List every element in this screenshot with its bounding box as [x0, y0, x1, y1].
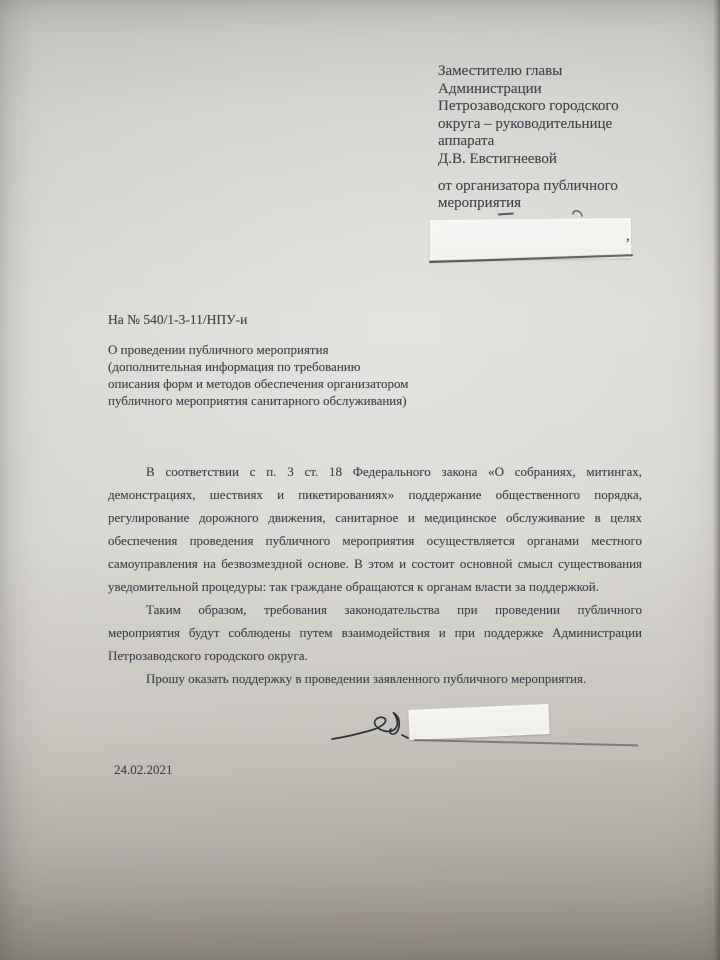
redaction-box-signature	[408, 704, 549, 740]
recipient-line: Администрации	[438, 81, 688, 99]
body-paragraph: В соответствии с п. 3 ст. 18 Федеральног…	[108, 460, 642, 598]
sender-line: от организатора публичного	[438, 178, 688, 196]
body-line: обеспечения проведения публичного меропр…	[108, 529, 642, 552]
body-line: демонстрациях, шествиях и пикетированиях…	[108, 483, 642, 506]
covered-text-remnant-dash	[498, 212, 514, 215]
body-line: мероприятия будут соблюдены путем взаимо…	[108, 621, 642, 644]
subject-block: О проведении публичного мероприятия (доп…	[108, 341, 409, 409]
date: 24.02.2021	[114, 762, 173, 778]
subject-line: описания форм и методов обеспечения орга…	[108, 375, 409, 392]
recipient-line: Петрозаводского городского	[438, 98, 688, 116]
body-line: Таким образом, требования законодательст…	[108, 598, 642, 621]
body-line: регулирование дорожного движения, санита…	[108, 506, 642, 529]
body-line: Прошу оказать поддержку в проведении зая…	[108, 667, 642, 690]
letter-body: В соответствии с п. 3 ст. 18 Федеральног…	[108, 460, 642, 690]
body-paragraph: Прошу оказать поддержку в проведении зая…	[108, 667, 642, 690]
reference-number: На № 540/1-3-11/НПУ-и	[108, 312, 247, 328]
recipient-block: Заместителю главы Администрации Петрозав…	[438, 63, 688, 213]
body-paragraph: Таким образом, требования законодательст…	[108, 598, 642, 667]
recipient-line: аппарата	[438, 133, 688, 151]
subject-line: О проведении публичного мероприятия	[108, 341, 409, 358]
redaction-box-header	[430, 218, 631, 260]
covered-text-remnant-curve	[570, 208, 584, 218]
body-line: самоуправления на безвозмездной основе. …	[108, 552, 642, 575]
subject-line: (дополнительная информация по требованию	[108, 358, 409, 375]
scanned-letter-page: Заместителю главы Администрации Петрозав…	[0, 0, 720, 960]
recipient-line: округа – руководительнице	[438, 116, 688, 134]
trailing-comma: ,	[626, 228, 630, 245]
subject-line: публичного мероприятия санитарного обслу…	[108, 392, 409, 409]
sender-block: от организатора публичного мероприятия	[438, 178, 688, 213]
body-line: уведомительной процедуры: так граждане о…	[108, 575, 642, 598]
body-line: В соответствии с п. 3 ст. 18 Федеральног…	[108, 460, 642, 483]
recipient-line: Д.В. Евстигнеевой	[438, 151, 688, 169]
body-line: Петрозаводского городского округа.	[108, 644, 642, 667]
page-edge-shadow	[713, 0, 720, 960]
sender-line: мероприятия	[438, 195, 688, 213]
recipient-line: Заместителю главы	[438, 63, 688, 81]
